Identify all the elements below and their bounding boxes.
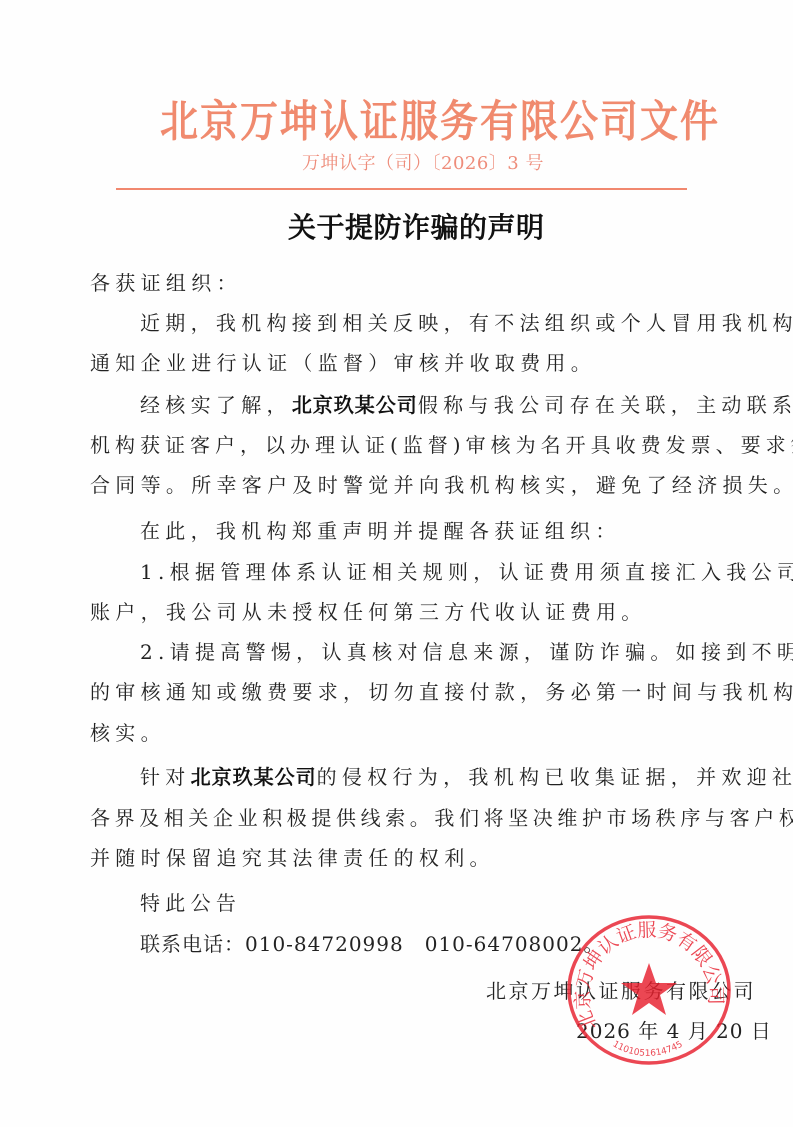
company-name-bold: 北京玖某公司 (191, 765, 317, 789)
document-heading: 关于提防诈骗的声明 (288, 206, 545, 246)
text-segment: 的侵权行为，我机构已收集证据，并欢迎社会 (317, 765, 793, 789)
paragraph-line: 机构获证客户，以办理认证(监督)审核为名开具收费发票、要求签署 (90, 432, 793, 458)
text-segment: 经核实了解， (140, 393, 292, 417)
document-page: 北京万坤认证服务有限公司文件 万坤认字（司）〔2026〕3 号 关于提防诈骗的声… (0, 0, 793, 1127)
company-name-bold: 北京玖某公司 (292, 393, 418, 417)
paragraph-line: 1.根据管理体系认证相关规则，认证费用须直接汇入我公司指定 (140, 559, 793, 585)
text-segment: 针对 (140, 765, 191, 789)
paragraph-line: 合同等。所幸客户及时警觉并向我机构核实，避免了经济损失。 (90, 472, 793, 498)
paragraph-line: 经核实了解，北京玖某公司假称与我公司存在关联，主动联系我 (140, 392, 793, 418)
masthead-title: 北京万坤认证服务有限公司文件 (160, 86, 700, 149)
text-segment: 假称与我公司存在关联，主动联系我 (418, 393, 793, 417)
paragraph-line: 并随时保留追究其法律责任的权利。 (90, 845, 495, 871)
closing-text: 特此公告 (140, 890, 241, 916)
masthead-divider (116, 188, 687, 190)
document-number: 万坤认字（司）〔2026〕3 号 (302, 149, 544, 175)
paragraph-line: 账户，我公司从未授权任何第三方代收认证费用。 (90, 599, 647, 625)
paragraph-line: 2.请提高警惕，认真核对信息来源，谨防诈骗。如接到不明渠道 (140, 639, 793, 665)
signature-company: 北京万坤认证服务有限公司 (486, 975, 756, 1004)
contact-line: 联系电话：010-84720998 010-64708002。 (140, 931, 604, 957)
paragraph-line: 的审核通知或缴费要求，切勿直接付款，务必第一时间与我机构联系 (90, 679, 793, 705)
contact-label: 联系电话： (140, 932, 245, 956)
paragraph-line: 各界及相关企业积极提供线索。我们将坚决维护市场秩序与客户权益， (90, 805, 793, 831)
salutation: 各获证组织： (90, 270, 242, 296)
contact-phones: 010-84720998 010-64708002。 (245, 932, 604, 956)
paragraph-line: 近期，我机构接到相关反映，有不法组织或个人冒用我机构名义， (140, 310, 793, 336)
paragraph-line: 通知企业进行认证（监督）审核并收取费用。 (90, 350, 596, 376)
paragraph-line: 在此，我机构郑重声明并提醒各获证组织： (140, 518, 621, 544)
paragraph-line: 针对北京玖某公司的侵权行为，我机构已收集证据，并欢迎社会 (140, 764, 793, 790)
signature-date: 2026 年 4 月 20 日 (576, 1015, 772, 1044)
paragraph-line: 核实。 (90, 720, 166, 746)
